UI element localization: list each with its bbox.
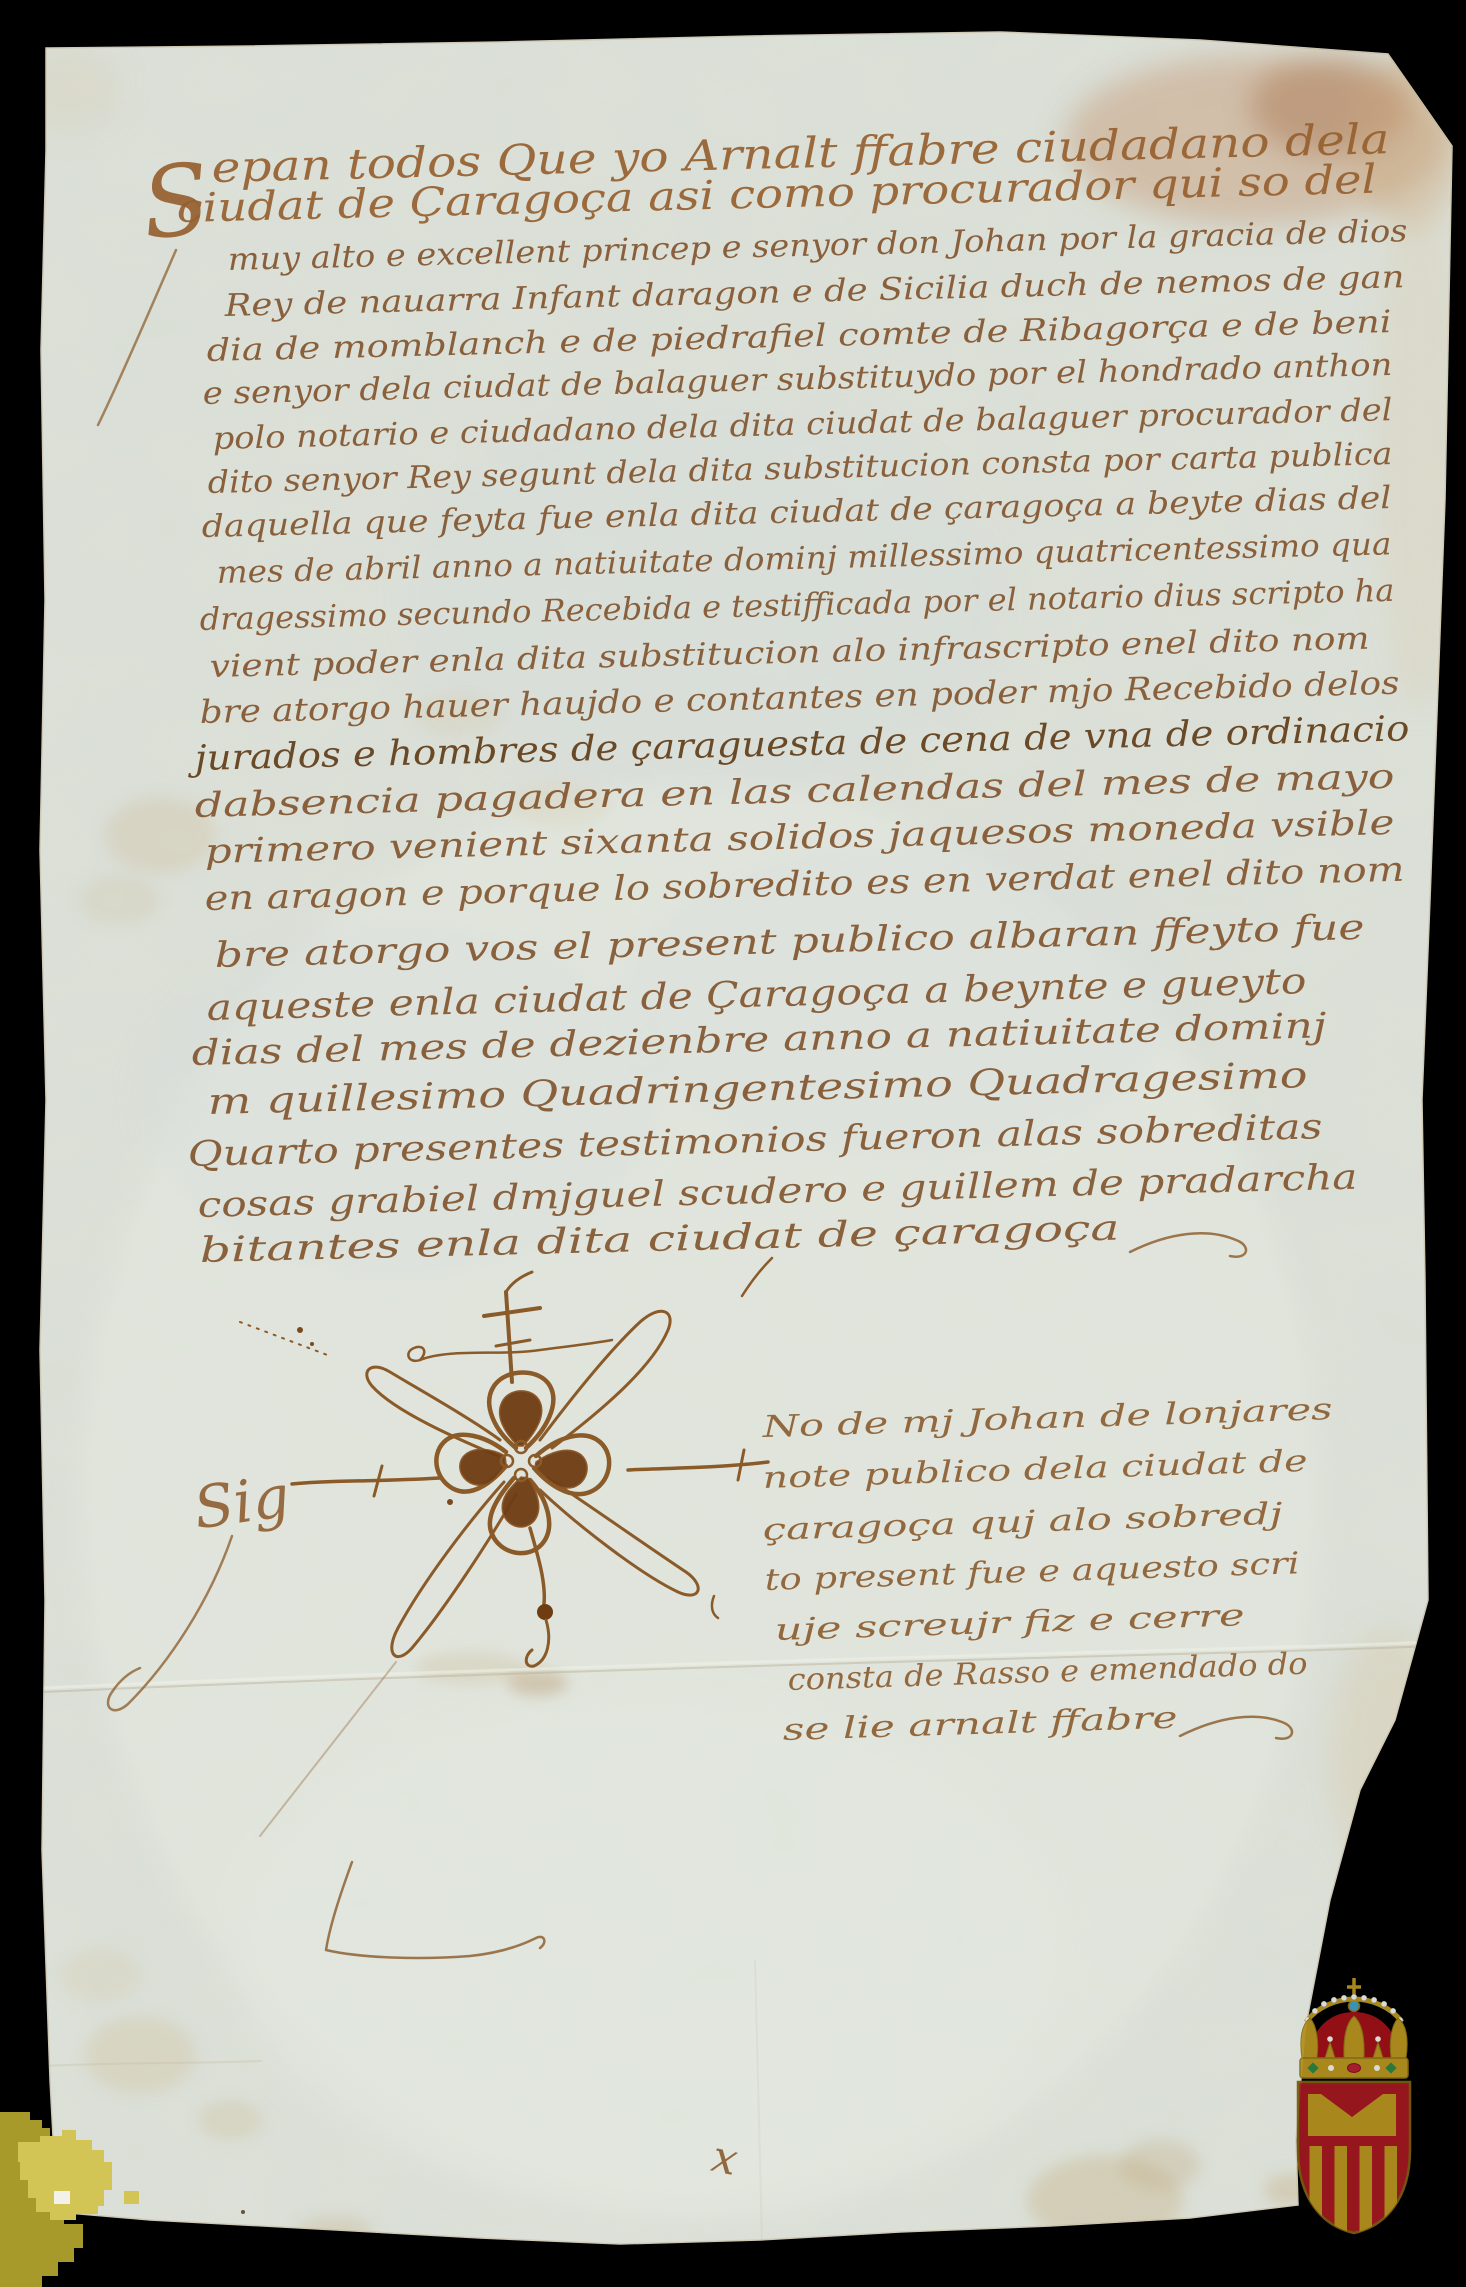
map-white-pixel	[54, 2191, 70, 2204]
sig-mark: Sig	[190, 1462, 294, 1543]
manuscript-photo: epan todos Que yo Arnalt ffabre ciudadan…	[0, 0, 1466, 2287]
manuscript-text: epan todos Que yo Arnalt ffabre ciudadan…	[176, 114, 1410, 1271]
screenshot-root: epan todos Que yo Arnalt ffabre ciudadan…	[0, 0, 1466, 2287]
ink-blob	[537, 1604, 553, 1620]
crown-icon	[1300, 1978, 1408, 2078]
initial-letter: S	[137, 142, 216, 262]
puncture-hole	[212, 2232, 221, 2241]
coat-of-arms-emblem	[1298, 1978, 1410, 2236]
map-yellow-pixel	[124, 2191, 139, 2204]
ink-fleck	[241, 2210, 245, 2214]
shield-icon	[1298, 2082, 1410, 2236]
